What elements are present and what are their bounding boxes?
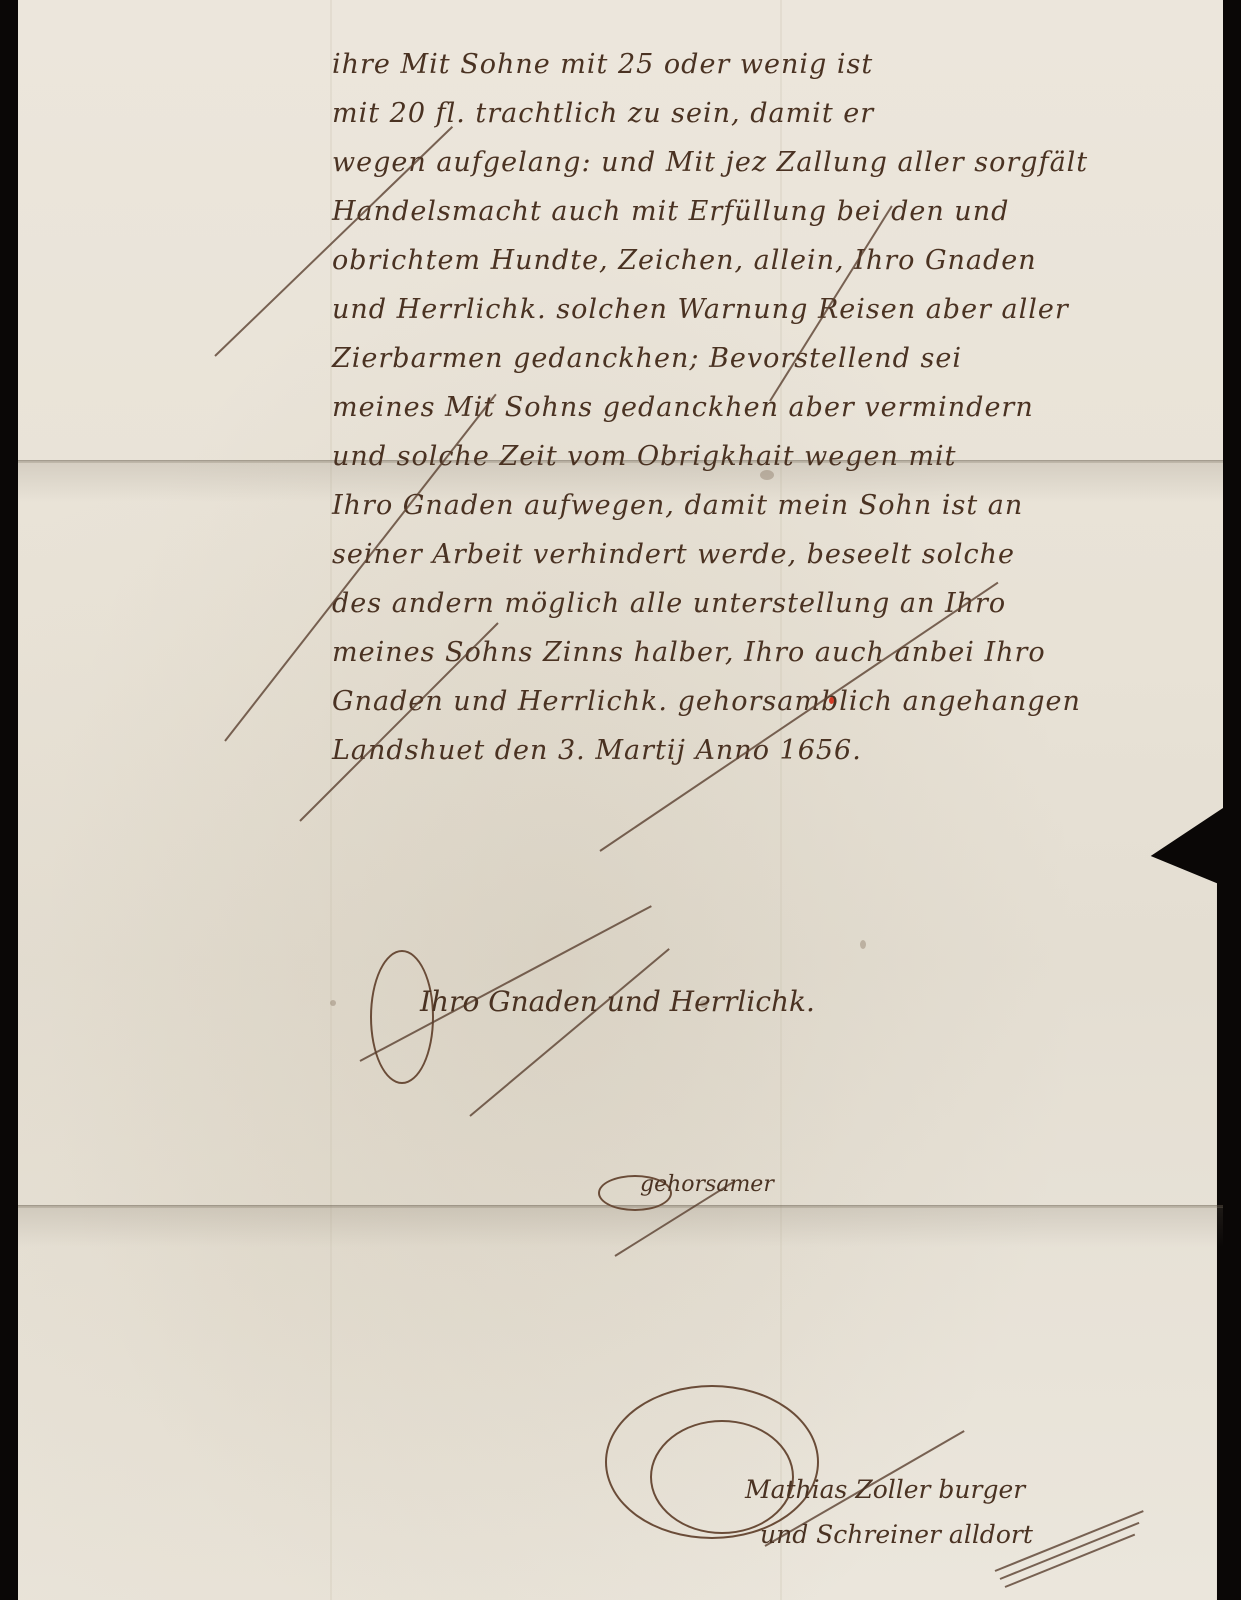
dateline: Landshuet den 3. Martij Anno 1656. — [332, 726, 1132, 775]
body-line: und Herrlichk. solchen Warnung Reisen ab… — [332, 285, 1132, 334]
body-line: wegen aufgelang: und Mit jez Zallung all… — [332, 138, 1132, 187]
body-line: Zierbarmen gedanckhen; Bevorstellend sei — [332, 334, 1132, 383]
body-line: Gnaden und Herrlichk. gehorsamblich ange… — [332, 677, 1132, 726]
signature-title: und Schreiner alldort — [760, 1520, 1033, 1549]
signature-name: Mathias Zoller burger — [745, 1475, 1025, 1504]
red-ink-mark — [829, 697, 834, 704]
servant-line: gehorsamer — [640, 1172, 774, 1197]
body-line: ihre Mit Sohne mit 25 oder wenig ist — [332, 40, 1132, 89]
body-line: des andern möglich alle unterstellung an… — [332, 579, 1132, 628]
ink-spot — [330, 1000, 336, 1006]
body-line: Ihro Gnaden aufwegen, damit mein Sohn is… — [332, 481, 1132, 530]
ink-spot — [860, 940, 866, 949]
closing-salutation: Ihro Gnaden und Herrlichk. — [420, 985, 815, 1018]
body-line: und solche Zeit vom Obrigkhait wegen mit — [332, 432, 1132, 481]
body-line: seiner Arbeit verhindert werde, beseelt … — [332, 530, 1132, 579]
body-line: meines Mit Sohns gedanckhen aber vermind… — [332, 383, 1132, 432]
letter-body: ihre Mit Sohne mit 25 oder wenig ist mit… — [332, 40, 1132, 775]
fold-shadow — [18, 1207, 1223, 1247]
body-line: Handelsmacht auch mit Erfüllung bei den … — [332, 187, 1132, 236]
body-line: mit 20 fl. trachtlich zu sein, damit er — [332, 89, 1132, 138]
body-line: obrichtem Hundte, Zeichen, allein, Ihro … — [332, 236, 1132, 285]
